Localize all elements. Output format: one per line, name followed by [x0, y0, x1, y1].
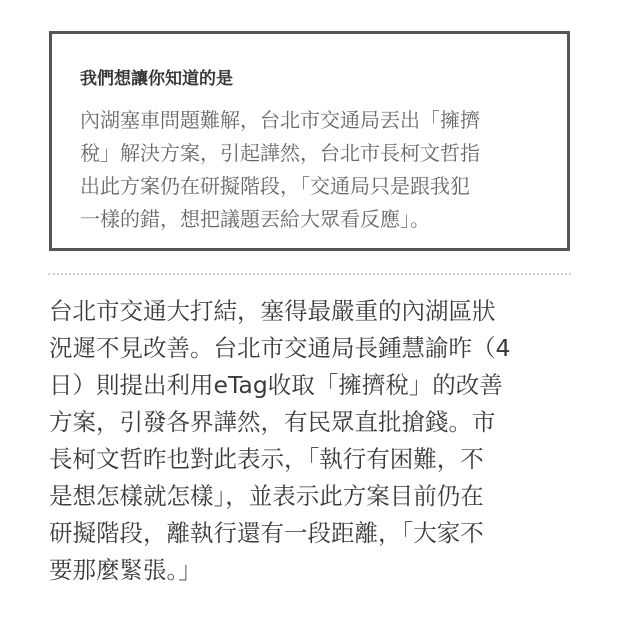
summary-text: 內湖塞車問題難解，台北市交通局丟出「擁擠 稅」解決方案，引起譁然，台北市長柯文哲…	[80, 104, 550, 236]
summary-line: 稅」解決方案，引起譁然，台北市長柯文哲指	[80, 137, 550, 170]
dotted-divider	[48, 273, 571, 275]
article-line: 況遲不見改善。台北市交通局長鍾慧諭昨（4	[49, 330, 579, 367]
summary-line: 內湖塞車問題難解，台北市交通局丟出「擁擠	[80, 104, 550, 137]
article-line: 日）則提出利用eTag收取「擁擠稅」的改善	[49, 367, 579, 404]
summary-line: 一樣的錯，想把議題丟給大眾看反應」。	[80, 203, 550, 236]
article-line: 台北市交通大打結，塞得最嚴重的內湖區狀	[49, 293, 579, 330]
article-line: 方案，引發各界譁然，有民眾直批搶錢。市	[49, 404, 579, 441]
article-line: 是想怎樣就怎樣」，並表示此方案目前仍在	[49, 478, 579, 515]
article-line: 長柯文哲昨也對此表示，「執行有困難，不	[49, 441, 579, 478]
summary-box: 我們想讓你知道的是 內湖塞車問題難解，台北市交通局丟出「擁擠 稅」解決方案，引起…	[49, 31, 570, 251]
summary-line: 出此方案仍在研擬階段，「交通局只是跟我犯	[80, 170, 550, 203]
summary-title: 我們想讓你知道的是	[80, 64, 233, 89]
article-body: 台北市交通大打結，塞得最嚴重的內湖區狀 況遲不見改善。台北市交通局長鍾慧諭昨（4…	[49, 293, 579, 589]
article-line: 研擬階段，離執行還有一段距離，「大家不	[49, 515, 579, 552]
article-line: 要那麼緊張。」	[49, 552, 579, 589]
